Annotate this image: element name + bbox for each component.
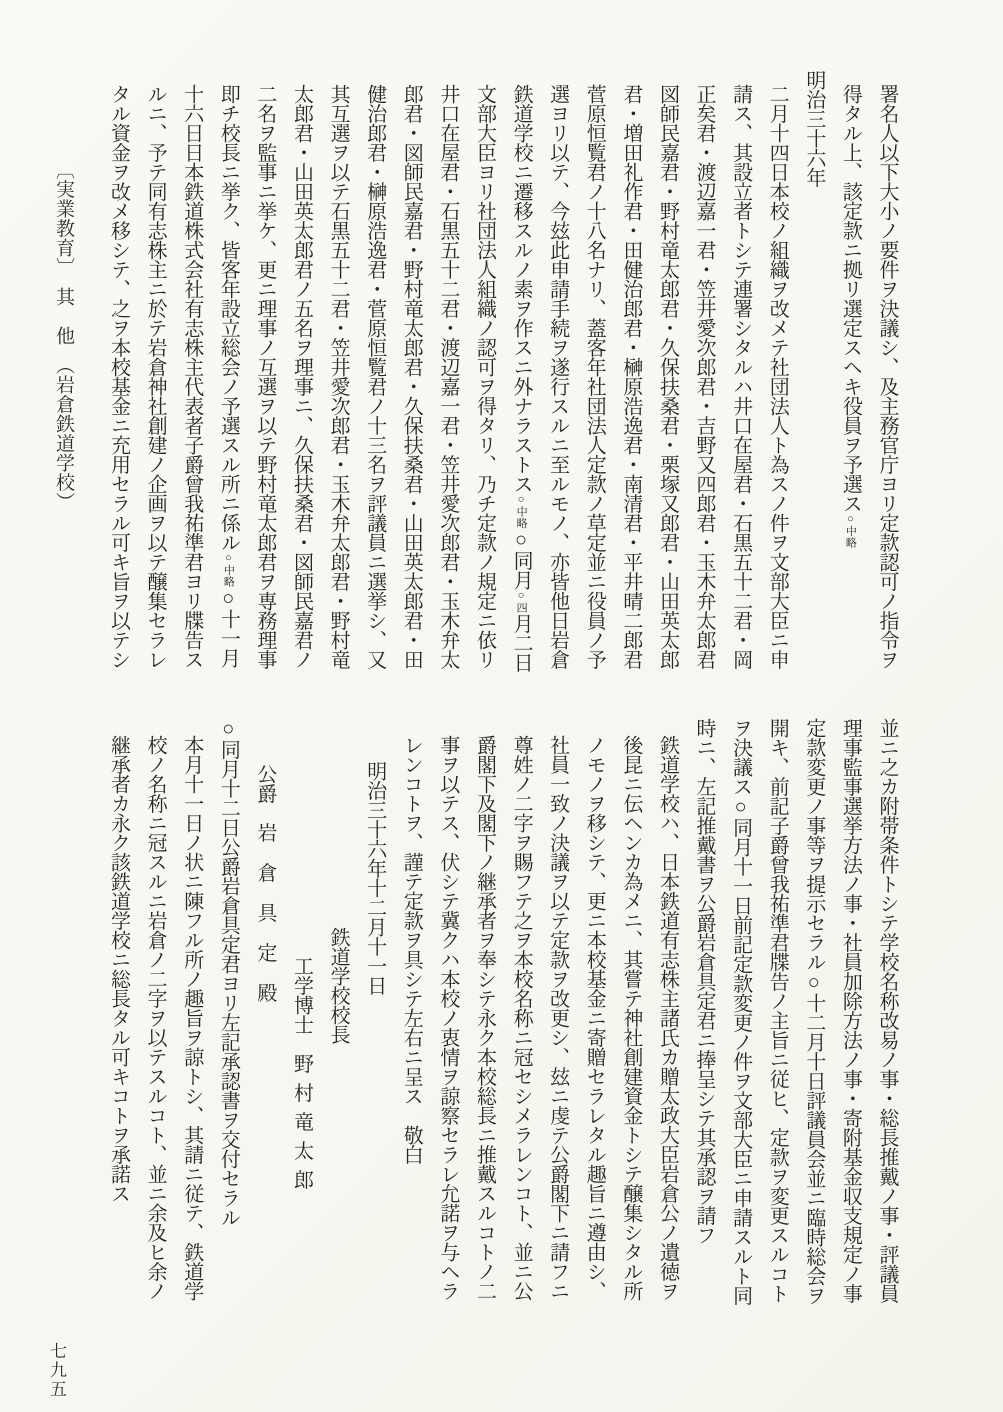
text-column: 後昆ニ伝ヘンカ為メニ、其嘗テ神社創建資金トシテ醸集シタル所 xyxy=(612,718,649,1398)
text-run: 社員一致ノ決議ヲ以テ定款ヲ改更シ、玆ニ虔テ公爵閣下ニ請フニ xyxy=(547,735,569,1301)
text-run: 時ニ、左記推戴書ヲ公爵岩倉具定君ニ捧呈シテ其承認ヲ請フ xyxy=(693,718,715,1245)
text-column: 得タル上、該定款ニ拠リ選定スヘキ役員ヲ予選ス○中略 xyxy=(832,70,869,710)
text-run: 本月十一日ノ状ニ陳フル所ノ趣旨ヲ諒トシ、其請ニ従テ、鉄道学 xyxy=(181,735,203,1301)
text-run: 明治三十六年 xyxy=(803,70,825,187)
text-column: 即チ校長ニ挙ク、皆客年設立総会ノ予選スル所ニ係ル○中略○十一月 xyxy=(210,70,247,710)
text-column: 図師民嘉君・野村竜太郎君・久保扶桑君・栗塚又郎君・山田英太郎 xyxy=(649,70,686,710)
text-run: 二名ヲ監事ニ挙ケ、更ニ理事ノ互選ヲ以テ野村竜太郎君ヲ専務理事 xyxy=(254,84,276,669)
text-column: ○同月十二日公爵岩倉具定君ヨリ左記承認書ヲ交付セラル xyxy=(210,718,247,1398)
text-column: 太郎君・山田英太郎君ノ五名ヲ理事ニ、久保扶桑君・図師民嘉君ノ xyxy=(283,70,320,710)
text-run: ルニ、予テ同有志株主ニ於テ岩倉神社創建ノ企画ヲ以テ醸集セラレ xyxy=(144,84,166,669)
text-column: 工学博士 野村竜太郎 xyxy=(283,718,320,1398)
text-run: 菅原恒覧君ノ十八名ナリ、蓋客年社団法人定款ノ草定並ニ役員ノ予 xyxy=(583,84,605,669)
text-column: 正矣君・渡辺嘉一君・笠井愛次郎君・吉野又四郎君・玉木弁太郎君 xyxy=(685,70,722,710)
text-column: 尊姓ノ二字ヲ賜フテ之ヲ本校名称ニ冠セシメラレンコト、並ニ公 xyxy=(502,718,539,1398)
text-run: 工学博士 xyxy=(291,956,313,1054)
text-column: 本月十一日ノ状ニ陳フル所ノ趣旨ヲ諒トシ、其請ニ従テ、鉄道学 xyxy=(173,718,210,1398)
text-run: 健治郎君・榊原浩逸君・菅原恒覧君ノ十三名ヲ評議員ニ選挙シ、又 xyxy=(364,84,386,669)
editorial-note: ○中略 xyxy=(222,552,234,588)
text-run: 尊姓ノ二字ヲ賜フテ之ヲ本校名称ニ冠セシメラレンコト、並ニ公 xyxy=(510,735,532,1301)
text-column: 署名人以下大小ノ要件ヲ決議シ、及主務官庁ヨリ定款認可ノ指令ヲ xyxy=(868,70,905,710)
editorial-note: ○中略 xyxy=(515,494,527,530)
text-run: 校ノ名称ニ冠スルニ岩倉ノ二字ヲ以テスルコト、並ニ余及ヒ余ノ xyxy=(144,735,166,1301)
editorial-note: ○中略 xyxy=(844,513,856,549)
text-column: 理事監事選挙方法ノ事・社員加除方法ノ事・寄附基金収支規定ノ事 xyxy=(832,718,869,1398)
text-run: 二月十四日本校ノ組織ヲ改メテ社団法人ト為スノ件ヲ文部大臣ニ申 xyxy=(766,84,788,669)
text-column: 継承者カ永ク該鉄道学校ニ総長タル可キコトヲ承諾ス xyxy=(100,718,137,1398)
text-run: 開キ、前記子爵曾我祐準君牒告ノ主旨ニ従ヒ、定款ヲ変更スルコト xyxy=(766,718,788,1303)
text-run: ○同月十二日公爵岩倉具定君ヨリ左記承認書ヲ交付セラル xyxy=(217,718,239,1227)
text-column: 明治三十六年 xyxy=(795,70,832,710)
text-run: 正矣君・渡辺嘉一君・笠井愛次郎君・吉野又四郎君・玉木弁太郎君 xyxy=(693,84,715,669)
text-column: 請ス、其設立者トシテ連署シタルハ井口在屋君・石黒五十二君・岡 xyxy=(722,70,759,710)
text-column: 公爵 岩倉具定殿 xyxy=(246,718,283,1398)
text-column: レンコトヲ、謹テ定款ヲ具シテ左右ニ呈ス 敬白 xyxy=(393,718,430,1398)
text-run: 文部大臣ヨリ社団法人組織ノ認可ヲ得タリ、乃チ定款ノ規定ニ依リ xyxy=(473,84,495,669)
text-run: 月二日 xyxy=(510,614,532,673)
text-column: ノモノヲ移シテ、更ニ本校基金ニ寄贈セラレタル趣旨ニ遵由シ、 xyxy=(576,718,613,1398)
page-surface: 〔実業教育〕 其 他 （岩倉鉄道学校） 署名人以下大小ノ要件ヲ決議シ、及主務官庁… xyxy=(0,0,1003,1412)
text-column: 鉄道学校校長 xyxy=(320,718,357,1398)
text-column: 健治郎君・榊原浩逸君・菅原恒覧君ノ十三名ヲ評議員ニ選挙シ、又 xyxy=(356,70,393,710)
text-column: 定款変更ノ事等ヲ提示セラル○十二月十日評議員会並ニ臨時総会ヲ xyxy=(795,718,832,1398)
text-column: 菅原恒覧君ノ十八名ナリ、蓋客年社団法人定款ノ草定並ニ役員ノ予 xyxy=(576,70,613,710)
text-column: 事ヲ以テス、伏シテ冀クハ本校ノ衷情ヲ諒察セラレ允諾ヲ与ヘラ xyxy=(429,718,466,1398)
text-column: 郎君・図師民嘉君・野村竜太郎君・久保扶桑君・山田英太郎君・田 xyxy=(393,70,430,710)
text-column: 二名ヲ監事ニ挙ケ、更ニ理事ノ互選ヲ以テ野村竜太郎君ヲ専務理事 xyxy=(246,70,283,710)
text-run: 選ヨリ以テ、今玆此申請手続ヲ遂行スルニ至ルモノ、亦皆他日岩倉 xyxy=(547,84,569,669)
text-column: 鉄道学校ニ遷移スルノ素ヲ作スニ外ナラストス○中略○同月○四月二日 xyxy=(502,70,539,710)
text-column: 十六日日本鉄道株式会社有志株主代表者子爵曾我祐準君ヨリ牒告ス xyxy=(173,70,210,710)
text-run: 井口在屋君・石黒五十二君・渡辺嘉一君・笠井愛次郎君・玉木弁太 xyxy=(437,84,459,669)
text-run: ○十一月 xyxy=(217,588,239,668)
text-column: タル資金ヲ改メ移シテ、之ヲ本校基金ニ充用セラル可キ旨ヲ以テシ xyxy=(100,70,137,710)
text-run: 君・増田礼作君・田健治郎君・榊原浩逸君・南清君・平井晴二郎君 xyxy=(620,84,642,669)
page-number: 七九五 xyxy=(44,1342,69,1412)
text-run: 其互選ヲ以テ石黒五十二君・笠井愛次郎君・玉木弁太郎君・野村竜 xyxy=(327,84,349,669)
text-run: 鉄道学校校長 xyxy=(327,927,349,1044)
text-run: 即チ校長ニ挙ク、皆客年設立総会ノ予選スル所ニ係ル xyxy=(217,84,239,552)
text-column: 明治三十六年十二月十一日 xyxy=(356,718,393,1398)
text-run: 岩倉具定殿 xyxy=(254,823,276,1023)
text-column: ヲ決議ス○同月十一日前記定款変更ノ件ヲ文部大臣ニ申請スルト同 xyxy=(722,718,759,1398)
text-run: ヲ決議ス○同月十一日前記定款変更ノ件ヲ文部大臣ニ申請スルト同 xyxy=(730,718,752,1305)
text-run: 鉄道学校ニ遷移スルノ素ヲ作スニ外ナラストス xyxy=(510,84,532,494)
text-column: 鉄道学校ハ、日本鉄道有志株主諸氏カ贈太政大臣岩倉公ノ遺徳ヲ xyxy=(649,718,686,1398)
text-column: 君・増田礼作君・田健治郎君・榊原浩逸君・南清君・平井晴二郎君 xyxy=(612,70,649,710)
text-run: ノモノヲ移シテ、更ニ本校基金ニ寄贈セラレタル趣旨ニ遵由シ、 xyxy=(583,735,605,1301)
text-column: 選ヨリ以テ、今玆此申請手続ヲ遂行スルニ至ルモノ、亦皆他日岩倉 xyxy=(539,70,576,710)
text-run: 理事監事選挙方法ノ事・社員加除方法ノ事・寄附基金収支規定ノ事 xyxy=(839,718,861,1303)
text-run: 署名人以下大小ノ要件ヲ決議シ、及主務官庁ヨリ定款認可ノ指令ヲ xyxy=(876,84,898,669)
text-run: 並ニ之カ附帯条件トシテ学校名称改易ノ事・総長推戴ノ事・評議員 xyxy=(876,718,898,1303)
text-run: ○同月 xyxy=(510,529,532,590)
text-column: 校ノ名称ニ冠スルニ岩倉ノ二字ヲ以テスルコト、並ニ余及ヒ余ノ xyxy=(137,718,174,1398)
text-run: 十六日日本鉄道株式会社有志株主代表者子爵曾我祐準君ヨリ牒告ス xyxy=(181,84,203,669)
text-column: ルニ、予テ同有志株主ニ於テ岩倉神社創建ノ企画ヲ以テ醸集セラレ xyxy=(137,70,174,710)
text-run: 公爵 xyxy=(254,764,276,823)
bottom-text-block: 並ニ之カ附帯条件トシテ学校名称改易ノ事・総長推戴ノ事・評議員理事監事選挙方法ノ事… xyxy=(99,718,905,1398)
text-run: 得タル上、該定款ニ拠リ選定スヘキ役員ヲ予選ス xyxy=(839,84,861,513)
text-run: 継承者カ永ク該鉄道学校ニ総長タル可キコトヲ承諾ス xyxy=(108,735,130,1203)
text-run: 野村竜太郎 xyxy=(291,1054,313,1199)
text-column: 開キ、前記子爵曾我祐準君牒告ノ主旨ニ従ヒ、定款ヲ変更スルコト xyxy=(759,718,796,1398)
text-column: 文部大臣ヨリ社団法人組織ノ認可ヲ得タリ、乃チ定款ノ規定ニ依リ xyxy=(466,70,503,710)
section-label: 〔実業教育〕 其 他 （岩倉鉄道学校） xyxy=(50,160,77,580)
text-run: 明治三十六年十二月十一日 xyxy=(364,761,386,995)
text-run: 太郎君・山田英太郎君ノ五名ヲ理事ニ、久保扶桑君・図師民嘉君ノ xyxy=(291,84,313,669)
text-run: 鉄道学校ハ、日本鉄道有志株主諸氏カ贈太政大臣岩倉公ノ遺徳ヲ xyxy=(656,735,678,1301)
text-column: 爵閣下及閣下ノ継承者ヲ奉シテ永ク本校総長ニ推戴スルコトノ二 xyxy=(466,718,503,1398)
text-column: 並ニ之カ附帯条件トシテ学校名称改易ノ事・総長推戴ノ事・評議員 xyxy=(868,718,905,1398)
text-run: レンコトヲ、謹テ定款ヲ具シテ左右ニ呈ス 敬白 xyxy=(400,735,422,1164)
top-text-block: 署名人以下大小ノ要件ヲ決議シ、及主務官庁ヨリ定款認可ノ指令ヲ得タル上、該定款ニ拠… xyxy=(99,70,905,710)
text-run: 事ヲ以テス、伏シテ冀クハ本校ノ衷情ヲ諒察セラレ允諾ヲ与ヘラ xyxy=(437,735,459,1301)
text-run: 図師民嘉君・野村竜太郎君・久保扶桑君・栗塚又郎君・山田英太郎 xyxy=(656,84,678,669)
text-run: 郎君・図師民嘉君・野村竜太郎君・久保扶桑君・山田英太郎君・田 xyxy=(400,84,422,669)
text-column: 社員一致ノ決議ヲ以テ定款ヲ改更シ、玆ニ虔テ公爵閣下ニ請フニ xyxy=(539,718,576,1398)
text-column: 二月十四日本校ノ組織ヲ改メテ社団法人ト為スノ件ヲ文部大臣ニ申 xyxy=(759,70,796,710)
editorial-note: ○四 xyxy=(515,590,527,614)
text-run: 請ス、其設立者トシテ連署シタルハ井口在屋君・石黒五十二君・岡 xyxy=(730,84,752,669)
text-column: 時ニ、左記推戴書ヲ公爵岩倉具定君ニ捧呈シテ其承認ヲ請フ xyxy=(685,718,722,1398)
text-column: 井口在屋君・石黒五十二君・渡辺嘉一君・笠井愛次郎君・玉木弁太 xyxy=(429,70,466,710)
text-run: タル資金ヲ改メ移シテ、之ヲ本校基金ニ充用セラル可キ旨ヲ以テシ xyxy=(108,84,130,669)
text-column: 其互選ヲ以テ石黒五十二君・笠井愛次郎君・玉木弁太郎君・野村竜 xyxy=(320,70,357,710)
text-run: 定款変更ノ事等ヲ提示セラル○十二月十日評議員会並ニ臨時総会ヲ xyxy=(803,718,825,1305)
text-run: 爵閣下及閣下ノ継承者ヲ奉シテ永ク本校総長ニ推戴スルコトノ二 xyxy=(473,735,495,1301)
text-run: 後昆ニ伝ヘンカ為メニ、其嘗テ神社創建資金トシテ醸集シタル所 xyxy=(620,735,642,1301)
